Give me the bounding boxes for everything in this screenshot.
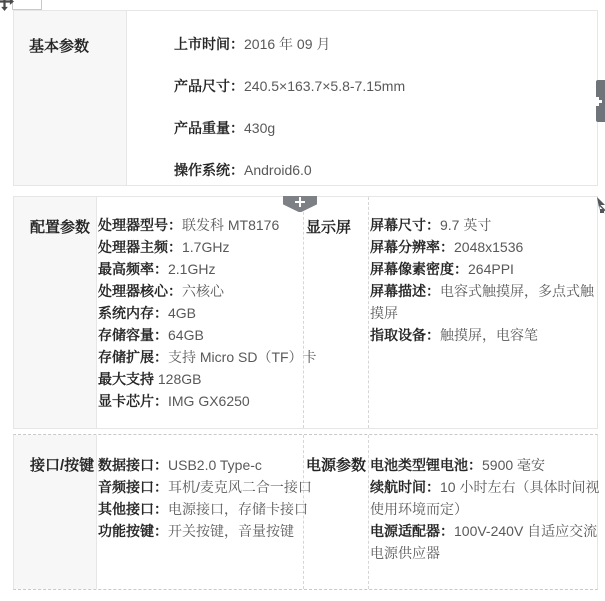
spec-value: 430g xyxy=(244,120,275,136)
spec-label: 处理器核心： xyxy=(98,283,182,299)
spec-value: 2016 年 09 月 xyxy=(244,36,330,52)
spec-value: 4GB xyxy=(168,305,196,321)
spec-value: 1.7GHz xyxy=(182,239,229,255)
spec-row: 电源适配器：100V-240V 自适应交流电源供应器 xyxy=(370,520,601,564)
spec-value: 六核心 xyxy=(182,283,224,299)
spec-label: 系统内存： xyxy=(98,305,168,321)
spec-label: 指取设备： xyxy=(370,327,440,343)
spec-label: 电源适配器： xyxy=(370,523,454,539)
spec-row: 产品尺寸：240.5×163.7×5.8-7.15mm xyxy=(174,78,405,95)
spec-label: 存储容量： xyxy=(98,327,168,343)
thumb-plus-icon[interactable] xyxy=(593,97,602,106)
spec-value: 电源接口，存储卡接口 xyxy=(168,501,308,517)
spec-row: 指取设备：触摸屏，电容笔 xyxy=(370,324,601,346)
spec-value: 64GB xyxy=(168,327,204,343)
spec-label: 处理器主频： xyxy=(98,239,182,255)
spec-row: 屏幕描述：电容式触摸屏，多点式触摸屏 xyxy=(370,280,601,324)
spec-row: 功能按键：开关按键，音量按键 xyxy=(98,520,312,542)
spec-row: 续航时间：10 小时左右（具体时间视使用环境而定） xyxy=(370,476,601,520)
spec-row: 显卡芯片：IMG GX6250 xyxy=(98,390,317,412)
section-title-config: 配置参数 xyxy=(30,216,90,237)
spec-label: 屏幕描述： xyxy=(370,283,440,299)
display-params-rows: 屏幕尺寸：9.7 英寸 屏幕分辨率：2048x1536 屏幕像素密度：264PP… xyxy=(370,214,601,346)
spec-row: 系统内存：4GB xyxy=(98,302,317,324)
spec-label: 显卡芯片： xyxy=(98,393,168,409)
spec-value: 开关按键，音量按键 xyxy=(168,523,294,539)
spec-value: 支持 Micro SD（TF）卡 xyxy=(168,349,317,365)
plus-icon xyxy=(295,197,305,207)
spec-row: 处理器型号：联发科 MT8176 xyxy=(98,214,317,236)
section-title-display: 显示屏 xyxy=(306,216,351,237)
spec-value: USB2.0 Type-c xyxy=(168,457,262,473)
spec-value: 128GB xyxy=(158,371,202,387)
spec-row: 处理器核心：六核心 xyxy=(98,280,317,302)
interface-params-section: 接口/按键 数据接口：USB2.0 Type-c 音频接口：耳机/麦克风二合一接… xyxy=(13,434,598,590)
spec-label: 续航时间： xyxy=(370,479,440,495)
spec-label: 最高频率： xyxy=(98,261,168,277)
spec-row: 音频接口：耳机/麦克风二合一接口 xyxy=(98,476,312,498)
spec-label: 产品重量： xyxy=(174,120,244,136)
basic-params-rows: 上市时间：2016 年 09 月 产品尺寸：240.5×163.7×5.8-7.… xyxy=(174,36,405,204)
spec-row: 处理器主频：1.7GHz xyxy=(98,236,317,258)
spec-label: 存储扩展： xyxy=(98,349,168,365)
spec-label: 处理器型号： xyxy=(98,217,182,233)
spec-label: 数据接口： xyxy=(98,457,168,473)
spec-value: 耳机/麦克风二合一接口 xyxy=(168,479,312,495)
spec-value: Android6.0 xyxy=(244,162,312,178)
spec-value: 2.1GHz xyxy=(168,261,215,277)
move-icon[interactable] xyxy=(0,0,14,11)
spec-value: 264PPI xyxy=(468,261,514,277)
config-params-section: 配置参数 处理器型号：联发科 MT8176 处理器主频：1.7GHz 最高频率：… xyxy=(13,196,598,429)
spec-label: 屏幕像素密度： xyxy=(370,261,468,277)
basic-params-section: 基本参数 上市时间：2016 年 09 月 产品尺寸：240.5×163.7×5… xyxy=(13,10,598,186)
spec-value: 240.5×163.7×5.8-7.15mm xyxy=(244,78,405,94)
spec-row: 产品重量：430g xyxy=(174,120,405,137)
spec-sheet-page: { "colors": { "header_cell_bg": "#f7f7f7… xyxy=(0,0,605,601)
spec-value: 9.7 英寸 xyxy=(440,217,491,233)
spec-value: 2048x1536 xyxy=(454,239,523,255)
spec-label: 屏幕分辨率： xyxy=(370,239,454,255)
spec-value: 联发科 MT8176 xyxy=(182,217,279,233)
spec-row: 存储容量：64GB xyxy=(98,324,317,346)
spec-row: 屏幕像素密度：264PPI xyxy=(370,258,601,280)
resize-arrow-icon[interactable] xyxy=(596,196,605,214)
power-params-rows: 电池类型锂电池：5900 毫安 续航时间：10 小时左右（具体时间视使用环境而定… xyxy=(370,454,601,564)
spec-label: 上市时间： xyxy=(174,36,244,52)
spec-label: 屏幕尺寸： xyxy=(370,217,440,233)
spec-value: 触摸屏，电容笔 xyxy=(440,327,538,343)
spec-label: 音频接口： xyxy=(98,479,168,495)
spec-label: 操作系统： xyxy=(174,162,244,178)
section-title-interface: 接口/按键 xyxy=(30,454,94,475)
spec-row: 存储扩展：支持 Micro SD（TF）卡 xyxy=(98,346,317,368)
column-divider xyxy=(368,435,369,589)
spec-row: 电池类型锂电池：5900 毫安 xyxy=(370,454,601,476)
spec-row: 其他接口：电源接口，存储卡接口 xyxy=(98,498,312,520)
selection-corner-box xyxy=(12,0,42,10)
spec-value: IMG GX6250 xyxy=(168,393,250,409)
spec-row: 最高频率：2.1GHz xyxy=(98,258,317,280)
spec-label: 产品尺寸： xyxy=(174,78,244,94)
spec-row: 最大支持 128GB xyxy=(98,368,317,390)
interface-params-rows: 数据接口：USB2.0 Type-c 音频接口：耳机/麦克风二合一接口 其他接口… xyxy=(98,454,312,542)
spec-row: 操作系统：Android6.0 xyxy=(174,162,405,179)
spec-label: 功能按键： xyxy=(98,523,168,539)
spec-row: 数据接口：USB2.0 Type-c xyxy=(98,454,312,476)
section-title-power: 电源参数 xyxy=(306,454,366,475)
spec-label: 电池类型锂电池： xyxy=(370,457,482,473)
spec-value: 5900 毫安 xyxy=(482,457,545,473)
config-params-rows: 处理器型号：联发科 MT8176 处理器主频：1.7GHz 最高频率：2.1GH… xyxy=(98,214,317,412)
spec-row: 上市时间：2016 年 09 月 xyxy=(174,36,405,53)
column-divider xyxy=(368,197,369,428)
spec-label: 其他接口： xyxy=(98,501,168,517)
section-title-basic: 基本参数 xyxy=(29,35,89,56)
spec-row: 屏幕尺寸：9.7 英寸 xyxy=(370,214,601,236)
spec-row: 屏幕分辨率：2048x1536 xyxy=(370,236,601,258)
spec-label: 最大支持 xyxy=(98,371,158,387)
